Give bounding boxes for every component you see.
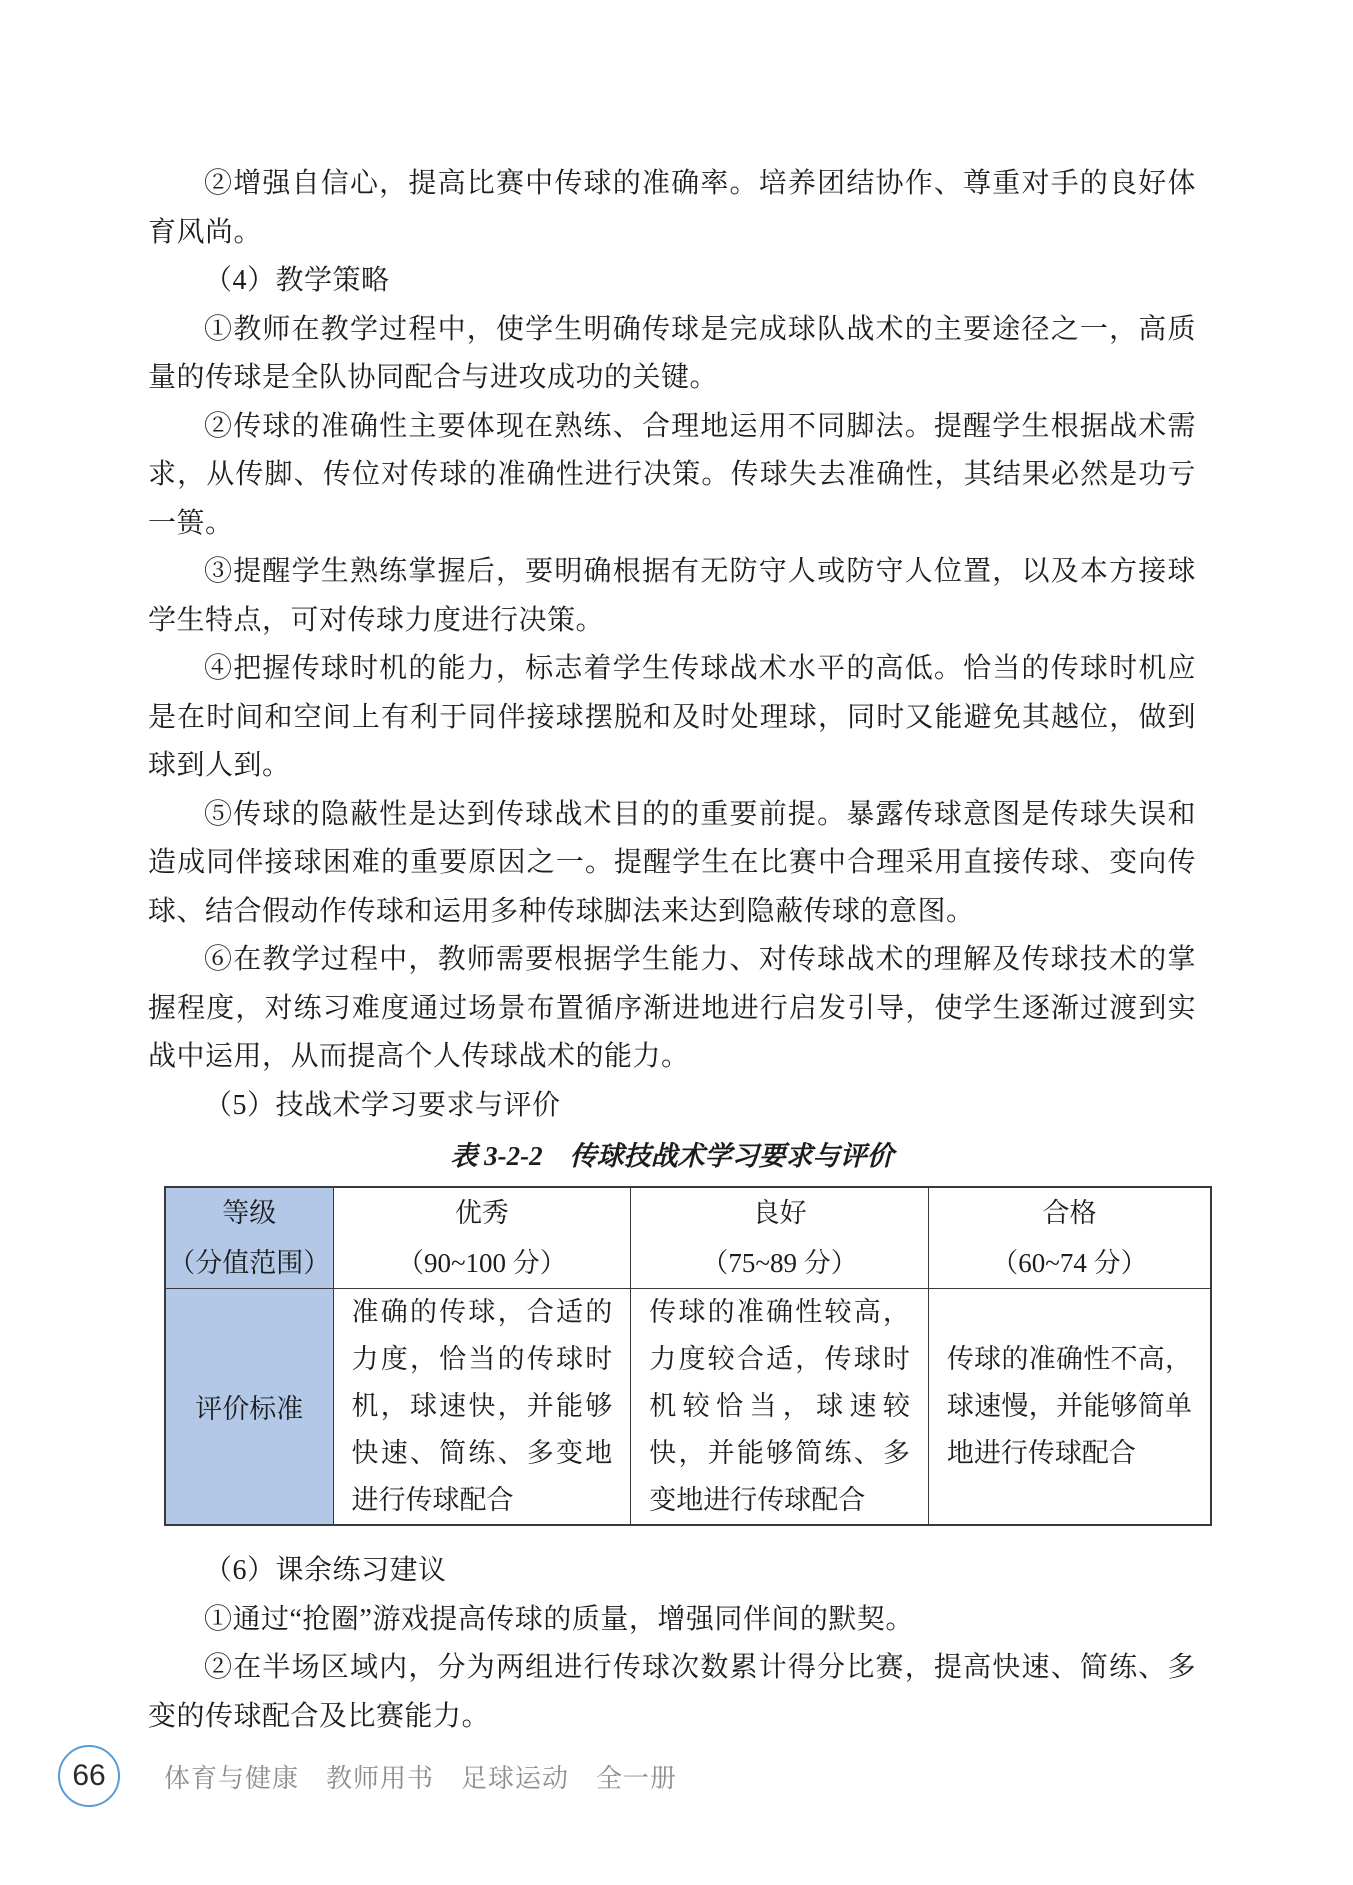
header-subtitle: （75~89 分） (631, 1238, 928, 1288)
paragraph: ⑤传球的隐蔽性是达到传球战术目的的重要前提。暴露传球意图是传球失误和造成同伴接球… (148, 791, 1196, 937)
table-row-label: 评价标准 (165, 1289, 333, 1526)
textbook-page: ②增强自信心，提高比赛中传球的准确率。培养团结协作、尊重对手的良好体育风尚。 （… (0, 0, 1353, 1885)
header-title: 优秀 (334, 1188, 631, 1238)
paragraph: ④把握传球时机的能力，标志着学生传球战术水平的高低。恰当的传球时机应是在时间和空… (148, 645, 1196, 791)
paragraph: ③提醒学生熟练掌握后，要明确根据有无防守人或防守人位置，以及本方接球学生特点，可… (148, 548, 1196, 645)
paragraph: ②在半场区域内，分为两组进行传球次数累计得分比赛，提高快速、简练、多变的传球配合… (148, 1644, 1196, 1741)
main-content: ②增强自信心，提高比赛中传球的准确率。培养团结协作、尊重对手的良好体育风尚。 （… (148, 160, 1196, 1741)
table-cell-pass-criteria: 传球的准确性不高，球速慢，并能够简单地进行传球配合 (928, 1289, 1211, 1526)
table-header-cell-excellent: 优秀 （90~100 分） (333, 1187, 631, 1289)
header-subtitle: （60~74 分） (929, 1238, 1210, 1288)
section-heading-5: （5）技战术学习要求与评价 (148, 1082, 1196, 1131)
paragraph: ②增强自信心，提高比赛中传球的准确率。培养团结协作、尊重对手的良好体育风尚。 (148, 160, 1196, 257)
table-cell-excellent-criteria: 准确的传球，合适的力度，恰当的传球时机，球速快，并能够快速、简练、多变地进行传球… (333, 1289, 631, 1526)
paragraph: ②传球的准确性主要体现在熟练、合理地运用不同脚法。提醒学生根据战术需求，从传脚、… (148, 403, 1196, 549)
paragraph: ①通过“抢圈”游戏提高传球的质量，增强同伴间的默契。 (148, 1596, 1196, 1645)
evaluation-table: 等级 （分值范围） 优秀 （90~100 分） 良好 （75~89 分） 合格 … (164, 1186, 1212, 1526)
paragraph: ①教师在教学过程中，使学生明确传球是完成球队战术的主要途径之一，高质量的传球是全… (148, 306, 1196, 403)
post-table-section: （6）课余练习建议 ①通过“抢圈”游戏提高传球的质量，增强同伴间的默契。 ②在半… (148, 1547, 1196, 1741)
table-header-row: 等级 （分值范围） 优秀 （90~100 分） 良好 （75~89 分） 合格 … (165, 1187, 1211, 1289)
header-subtitle: （分值范围） (166, 1238, 333, 1288)
header-title: 良好 (631, 1188, 928, 1238)
header-title: 等级 (166, 1188, 333, 1238)
page-number: 66 (72, 1759, 105, 1793)
section-heading-6: （6）课余练习建议 (148, 1547, 1196, 1596)
book-title: 体育与健康 教师用书 足球运动 全一册 (164, 1758, 677, 1795)
page-number-badge: 66 (58, 1745, 120, 1807)
table-header-cell-good: 良好 （75~89 分） (631, 1187, 929, 1289)
page-footer: 66 体育与健康 教师用书 足球运动 全一册 (58, 1745, 677, 1807)
table-cell-good-criteria: 传球的准确性较高，力度较合适，传球时机较恰当，球速较快，并能够简练、多变地进行传… (631, 1289, 929, 1526)
section-heading-4: （4）教学策略 (148, 257, 1196, 306)
table-header-cell-grade: 等级 （分值范围） (165, 1187, 333, 1289)
table-caption: 表 3-2-2 传球技战术学习要求与评价 (148, 1132, 1196, 1180)
header-subtitle: （90~100 分） (334, 1238, 631, 1288)
table-body-row: 评价标准 准确的传球，合适的力度，恰当的传球时机，球速快，并能够快速、简练、多变… (165, 1289, 1211, 1526)
paragraph: ⑥在教学过程中，教师需要根据学生能力、对传球战术的理解及传球技术的掌握程度，对练… (148, 936, 1196, 1082)
header-title: 合格 (929, 1188, 1210, 1238)
table-header-cell-pass: 合格 （60~74 分） (928, 1187, 1211, 1289)
